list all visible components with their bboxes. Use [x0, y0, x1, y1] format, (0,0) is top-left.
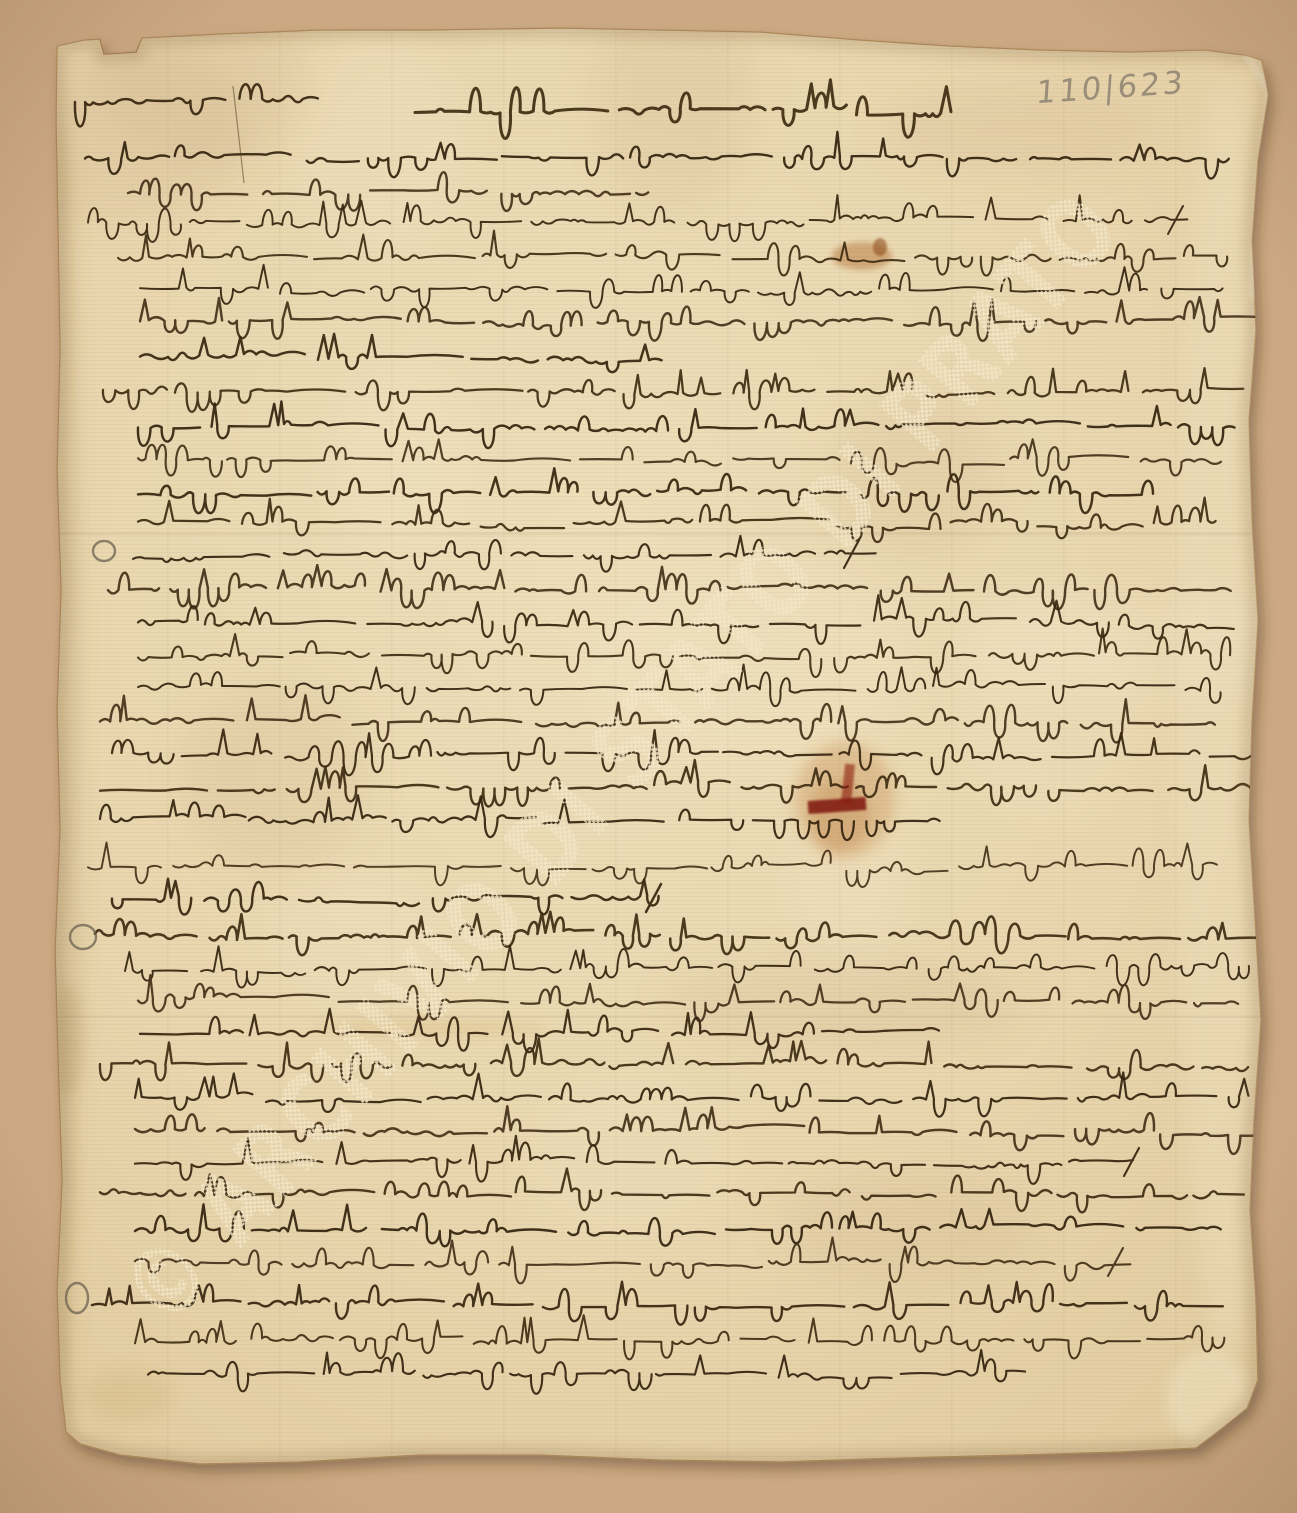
manuscript-photo: © ARCHIVIO DI STATO DI PRATO 110|623: [0, 0, 1297, 1513]
paper-mottle: [525, 1080, 728, 1241]
stain: [873, 238, 887, 256]
stain: [810, 779, 870, 851]
stain: [82, 1370, 174, 1422]
manuscript-scene: © ARCHIVIO DI STATO DI PRATO: [0, 0, 1297, 1513]
paper-surface: © ARCHIVIO DI STATO DI PRATO: [0, 0, 1297, 1513]
fold-crease-highlight: [56, 1019, 1261, 1020]
fold-crease-highlight: [56, 536, 1261, 537]
fold-crease: [56, 1016, 1261, 1018]
fold-crease: [56, 533, 1261, 535]
